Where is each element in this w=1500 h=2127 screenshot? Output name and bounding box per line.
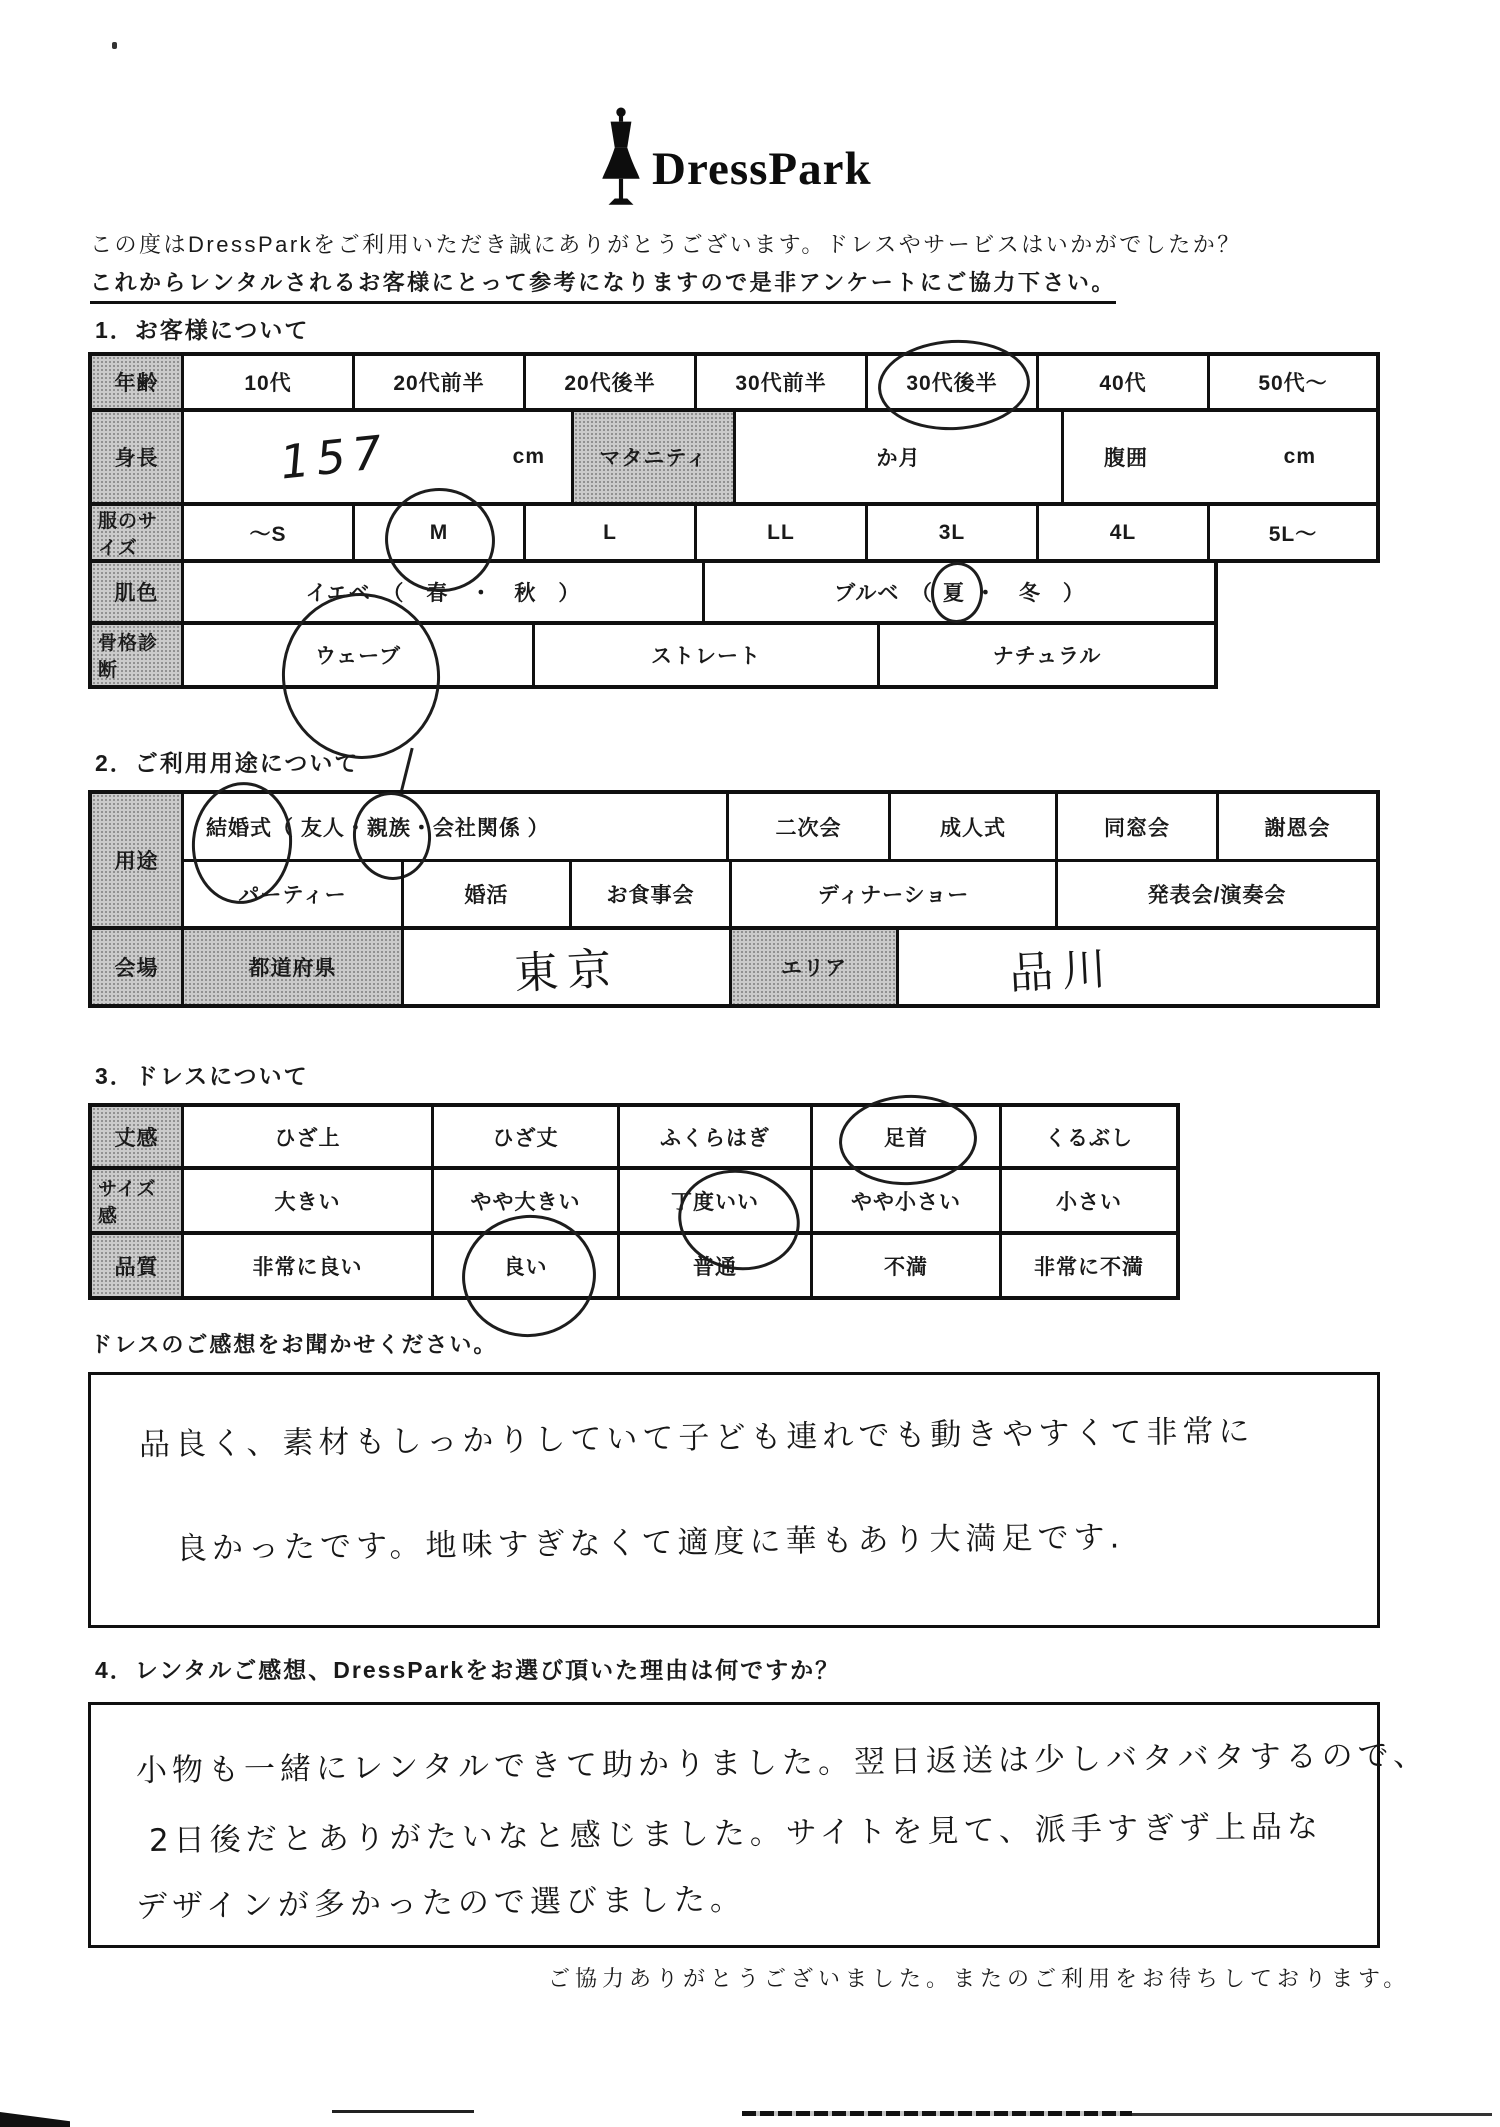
age-label: 年齢 [115,367,159,397]
fit-option: 大きい [275,1186,341,1216]
size-option: 4L [1110,521,1137,545]
quality-option-cell: 非常に不満 [1002,1235,1176,1296]
brand-logo: DressPark [598,106,872,210]
quality-option: 良い [504,1251,548,1281]
months-label: か月 [877,442,921,472]
usage-option-wedding: 結婚式 [206,817,272,840]
size-option: M [430,521,449,545]
fit-option-cell: やや大きい [434,1170,620,1231]
length-option-cell: ひざ丈 [434,1107,620,1166]
customer-table: 年齢 10代 20代前半 20代後半 30代前半 30代後半 40代 50代～ … [88,352,1380,689]
fit-option: やや大きい [471,1186,581,1216]
handwriting-line: 良かったです。地味すぎなくて適度に華もあり大満足です. [176,1511,1125,1568]
scan-artifact [112,42,117,49]
frame-option-cell: ナチュラル [880,625,1214,685]
fit-option: やや小さい [851,1186,961,1216]
section-3-heading: 3．ドレスについて [95,1058,309,1091]
fit-option-cell: やや小さい [813,1170,1002,1231]
usage-option-cell: 同窓会 [1058,794,1219,859]
fit-option-cell: 小さい [1002,1170,1176,1231]
usage-option: パーティー [238,879,346,909]
skin-label: 肌色 [115,577,159,607]
usage-option-relatives: 親族 [367,817,411,840]
size-label-cell: 服のサイズ [92,506,184,559]
rental-feedback-box: 小物も一緒にレンタルできて助かりました。翌日返送は少しバタバタするので、 2日後… [88,1702,1380,1948]
age-option: 40代 [1099,367,1146,397]
quality-option-cell: 不満 [813,1235,1002,1296]
handwriting-line: デザインが多かったので選びました。 [136,1874,746,1926]
skin-row: 肌色 イエベ （ 春 ・ 秋 ） ブルベ （ 夏 ・ 冬 ） [88,563,1218,625]
usage-option: ディナーショー [818,879,969,909]
size-label: 服のサイズ [98,506,175,560]
maternity-cell: マタニティ [574,412,736,502]
intro-line-1: この度はDressParkをご利用いただき誠にありがとうございます。ドレスやサー… [90,228,1242,259]
usage-block: 用途 結婚式 （ 友人・ 親族 ・会社関係 ） [88,790,1380,930]
fit-option: 丁度いい [671,1186,759,1216]
usage-option-cell: お食事会 [572,862,732,926]
frame-option-cell: ストレート [535,625,880,685]
area-value-cell: 品川 [899,930,1376,1004]
length-option: ふくらはぎ [660,1122,770,1152]
size-option: L [603,521,617,545]
fit-row: サイズ感 大きい やや大きい 丁度いい やや小さい 小さい [88,1170,1180,1235]
venue-label-cell: 会場 [92,930,184,1004]
height-value-cell: 157 cm [184,412,574,502]
usage-option-cell: 謝恩会 [1219,794,1376,859]
skin-option-yellow: イエベ （ 春 ・ 秋 ） [306,577,581,607]
frame-label-cell: 骨格診断 [92,625,184,685]
handwriting-line: 2日後だとありがたいなと感じました。サイトを見て、派手すぎず上品な [149,1801,1323,1860]
skin-yellow-cell: イエベ （ 春 ・ 秋 ） [184,563,705,621]
age-option: 20代後半 [564,367,655,397]
scan-artifact [332,2110,474,2113]
age-option: 20代前半 [393,367,484,397]
quality-label: 品質 [115,1251,159,1281]
handwriting-line: 品良く、素材もしっかりしていて子ども連れでも動きやすくて非常に [139,1405,1255,1464]
size-option-cell: 4L [1039,506,1210,559]
age-row: 年齢 10代 20代前半 20代後半 30代前半 30代後半 40代 50代～ [88,352,1380,412]
size-option-cell: L [526,506,697,559]
quality-option: 普通 [693,1251,737,1281]
size-option: ～S [249,518,286,548]
usage-option-cell: ディナーショー [732,862,1058,926]
quality-option: 不満 [884,1251,928,1281]
venue-row: 会場 都道府県 東京 エリア 品川 [88,930,1380,1008]
length-label: 丈感 [115,1122,159,1152]
quality-label-cell: 品質 [92,1235,184,1296]
months-cell: か月 [736,412,1064,502]
usage-option: お食事会 [607,879,695,909]
waist-label: 腹囲 [1104,442,1148,472]
dress-feedback-box: 品良く、素材もしっかりしていて子ども連れでも動きやすくて非常に 良かったです。地… [88,1372,1380,1628]
size-option-cell: ～S [184,506,355,559]
venue-label: 会場 [115,952,159,982]
frame-row: 骨格診断 ウェーブ ストレート ナチュラル [88,625,1218,689]
age-option: 50代～ [1258,367,1327,397]
usage-option: 謝恩会 [1265,812,1331,842]
prefecture-label-cell: 都道府県 [184,930,404,1004]
usage-option: 発表会/演奏会 [1148,879,1287,909]
usage-option-cell: 二次会 [729,794,891,859]
fit-label-cell: サイズ感 [92,1170,184,1231]
size-option: 3L [939,521,966,545]
dress-table: 丈感 ひざ上 ひざ丈 ふくらはぎ 足首 くるぶし サイズ感 大きい やや大きい … [88,1103,1180,1300]
quality-option: 非常に良い [253,1251,363,1281]
skin-option-blue: ・ 冬 ） [975,577,1085,607]
height-label: 身長 [115,442,159,472]
fit-option-cell: 大きい [184,1170,434,1231]
length-option-cell: ふくらはぎ [620,1107,813,1166]
dress-feedback-prompt: ドレスのご感想をお聞かせください。 [90,1328,497,1359]
purpose-table: 用途 結婚式 （ 友人・ 親族 ・会社関係 ） [88,790,1380,1008]
prefecture-value-cell: 東京 [404,930,732,1004]
usage-option: 同窓会 [1104,812,1170,842]
fit-option-cell-selected: 丁度いい [620,1170,813,1231]
age-option-cell-selected: 30代後半 [868,356,1039,408]
maternity-label: マタニティ [599,442,707,472]
quality-option: 非常に不満 [1034,1251,1144,1281]
usage-option: 成人式 [940,812,1006,842]
age-option: 10代 [244,367,291,397]
usage-option-cell: 婚活 [404,862,572,926]
size-option: 5L～ [1269,518,1318,548]
size-option-cell-selected: M [355,506,526,559]
age-option-cell: 50代～ [1210,356,1376,408]
wedding-cell: 結婚式 （ 友人・ 親族 ・会社関係 ） [184,794,729,859]
section-2-heading: 2．ご利用用途について [95,745,359,778]
frame-option: ウェーブ [315,640,401,670]
length-option: 足首 [884,1122,928,1152]
quality-option-cell: 普通 [620,1235,813,1296]
age-option-cell: 30代前半 [697,356,868,408]
age-label-cell: 年齢 [92,356,184,408]
skin-blue-cell: ブルベ （ 夏 ・ 冬 ） [705,563,1214,621]
frame-option-cell-selected: ウェーブ [184,625,535,685]
length-option-cell: ひざ上 [184,1107,434,1166]
length-row: 丈感 ひざ上 ひざ丈 ふくらはぎ 足首 くるぶし [88,1103,1180,1170]
size-option: LL [767,521,795,545]
usage-option-cell: 発表会/演奏会 [1058,862,1376,926]
age-option-cell: 20代後半 [526,356,697,408]
size-option-cell: 5L～ [1210,506,1376,559]
length-label-cell: 丈感 [92,1107,184,1166]
handwriting-line: 小物も一緒にレンタルできて助かりました。翌日返送は少しバタバタするので、 [136,1729,1430,1790]
height-label-cell: 身長 [92,412,184,502]
area-label: エリア [781,952,847,982]
section-4-heading: 4．レンタルご感想、DressParkをお選び頂いた理由は何ですか？ [95,1652,840,1685]
quality-row: 品質 非常に良い 良い 普通 不満 非常に不満 [88,1235,1180,1300]
scan-artifact [742,2111,1132,2116]
usage-label-cell: 用途 [92,794,184,926]
dress-form-icon [598,106,644,210]
area-value-handwritten: 品川 [1007,932,1116,1001]
usage-row-1: 結婚式 （ 友人・ 親族 ・会社関係 ） 二次会 成人式 同窓会 謝恩会 [184,794,1376,862]
brand-name: DressPark [652,142,872,196]
usage-option: 婚活 [465,879,509,909]
wedding-detail: （ 友人・ [272,812,367,842]
usage-option-cell: 成人式 [891,794,1058,859]
usage-row-2: パーティー 婚活 お食事会 ディナーショー 発表会/演奏会 [184,862,1376,926]
wedding-detail: ・会社関係 ） [411,812,550,842]
skin-label-cell: 肌色 [92,563,184,621]
age-option-cell: 40代 [1039,356,1210,408]
area-label-cell: エリア [732,930,899,1004]
quality-option-cell-selected: 良い [434,1235,620,1296]
prefecture-value-handwritten: 東京 [512,932,621,1001]
size-row: 服のサイズ ～S M L LL 3L 4L 5L～ [88,506,1380,563]
length-option: ひざ上 [275,1122,341,1152]
age-option-cell: 10代 [184,356,355,408]
waist-cell: 腹囲 cm [1064,412,1376,502]
height-unit: cm [513,445,545,469]
fit-label: サイズ感 [98,1174,175,1228]
intro-line-2: これからレンタルされるお客様にとって参考になりますので是非アンケートにご協力下さ… [90,266,1116,304]
height-row: 身長 157 cm マタニティ か月 腹囲 cm [88,412,1380,506]
skin-option-blue-selected: 夏 [943,582,965,605]
quality-option-cell: 非常に良い [184,1235,434,1296]
section-1-heading: 1．お客様について [95,312,309,345]
length-option-cell: くるぶし [1002,1107,1176,1166]
length-option-cell-selected: 足首 [813,1107,1002,1166]
scan-artifact [1132,2113,1492,2116]
fit-option: 小さい [1056,1186,1122,1216]
frame-option: ストレート [651,640,761,670]
length-option: ひざ丈 [493,1122,559,1152]
usage-option-cell: パーティー [184,862,404,926]
prefecture-label: 都道府県 [249,952,337,982]
length-option: くるぶし [1045,1122,1133,1152]
age-option-cell: 20代前半 [355,356,526,408]
skin-option-blue: ブルベ （ [834,577,933,607]
size-option-cell: 3L [868,506,1039,559]
size-option-cell: LL [697,506,868,559]
age-option: 30代後半 [906,367,997,397]
scan-artifact [0,2104,70,2127]
usage-label: 用途 [115,845,159,875]
height-value-handwritten: 157 [277,424,391,489]
waist-unit: cm [1284,445,1316,469]
scanned-survey-sheet: DressPark この度はDressParkをご利用いただき誠にありがとうござ… [0,0,1500,2127]
usage-option: 二次会 [776,812,842,842]
frame-option: ナチュラル [993,640,1102,670]
frame-label: 骨格診断 [98,628,175,682]
age-option: 30代前半 [735,367,826,397]
footer-thanks: ご協力ありがとうございました。またのご利用をお待ちしております。 [548,1962,1410,1993]
